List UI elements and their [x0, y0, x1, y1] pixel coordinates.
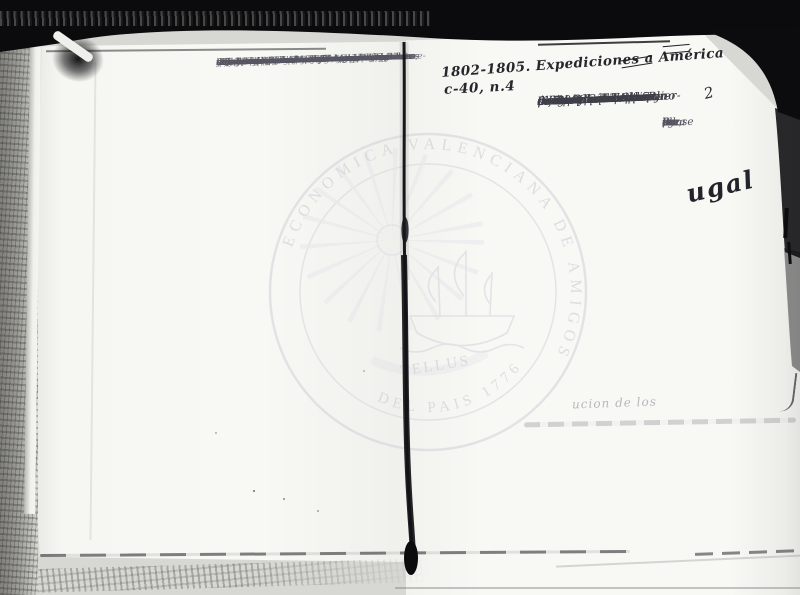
ink-specks	[253, 490, 255, 492]
top-speckle-strip	[0, 11, 430, 26]
top-shadow-band	[0, 0, 800, 380]
faded-text-line: ucion de los	[572, 395, 657, 412]
manuscript-scan: TELLUS ECONOMICA VALENCIANA DE AMIGOS DE…	[0, 0, 800, 595]
bottom-speckle-band	[0, 558, 430, 594]
bottom-faint-line	[395, 587, 800, 589]
